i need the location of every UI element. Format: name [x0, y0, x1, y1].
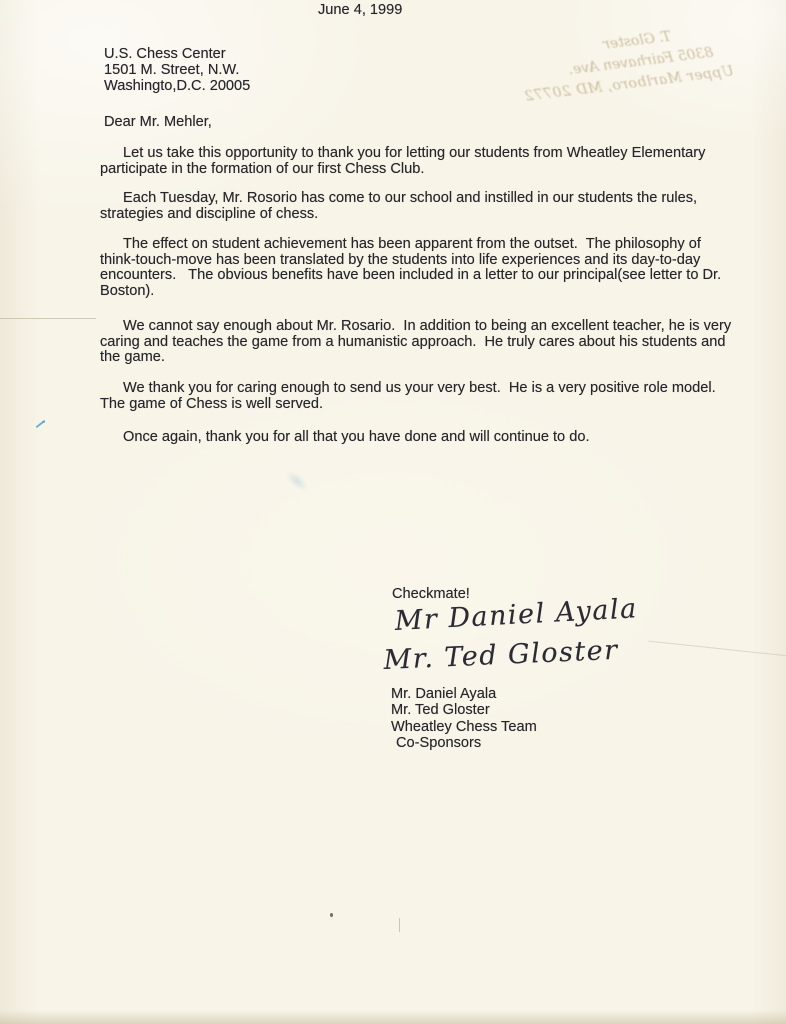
paper-crease-left — [0, 318, 96, 319]
dust-speck — [330, 913, 333, 917]
signer-team: Wheatley Chess Team — [391, 719, 537, 735]
salutation: Dear Mr. Mehler, — [104, 115, 212, 131]
paragraph-6: Once again, thank you for all that you h… — [100, 430, 736, 446]
paragraph-1: Let us take this opportunity to thank yo… — [100, 146, 736, 177]
signer-role: Co-Sponsors — [391, 735, 537, 751]
paper-crease-right — [648, 641, 786, 657]
recipient-city: Washingto,D.C. 20005 — [104, 78, 250, 94]
paragraph-3: The effect on student achievement has be… — [100, 237, 736, 299]
handwritten-signature-ted-gloster: Mr. Ted Gloster — [383, 635, 619, 676]
blue-pen-dot — [42, 421, 45, 423]
recipient-name: U.S. Chess Center — [104, 46, 250, 62]
bleed-through-handwriting: T. Gloster 8305 Fairhaven Ave. Upper Mar… — [489, 20, 735, 112]
signature-block: Mr. Daniel Ayala Mr. Ted Gloster Wheatle… — [391, 686, 537, 752]
signer-name-ted-gloster: Mr. Ted Gloster — [391, 702, 537, 718]
closing: Checkmate! — [392, 587, 470, 603]
paragraph-2: Each Tuesday, Mr. Rosorio has come to ou… — [100, 191, 736, 222]
paragraph-5: We thank you for caring enough to send u… — [100, 381, 736, 412]
scan-hairline-mark — [399, 918, 400, 932]
paragraph-4: We cannot say enough about Mr. Rosario. … — [100, 319, 736, 366]
signer-name-daniel-ayala: Mr. Daniel Ayala — [391, 686, 537, 702]
recipient-address: U.S. Chess Center 1501 M. Street, N.W. W… — [104, 46, 250, 95]
letter-date: June 4, 1999 — [318, 3, 402, 19]
blue-ink-smudge — [283, 468, 311, 495]
recipient-street: 1501 M. Street, N.W. — [104, 62, 250, 78]
scanned-letter-page: T. Gloster 8305 Fairhaven Ave. Upper Mar… — [0, 0, 786, 1024]
